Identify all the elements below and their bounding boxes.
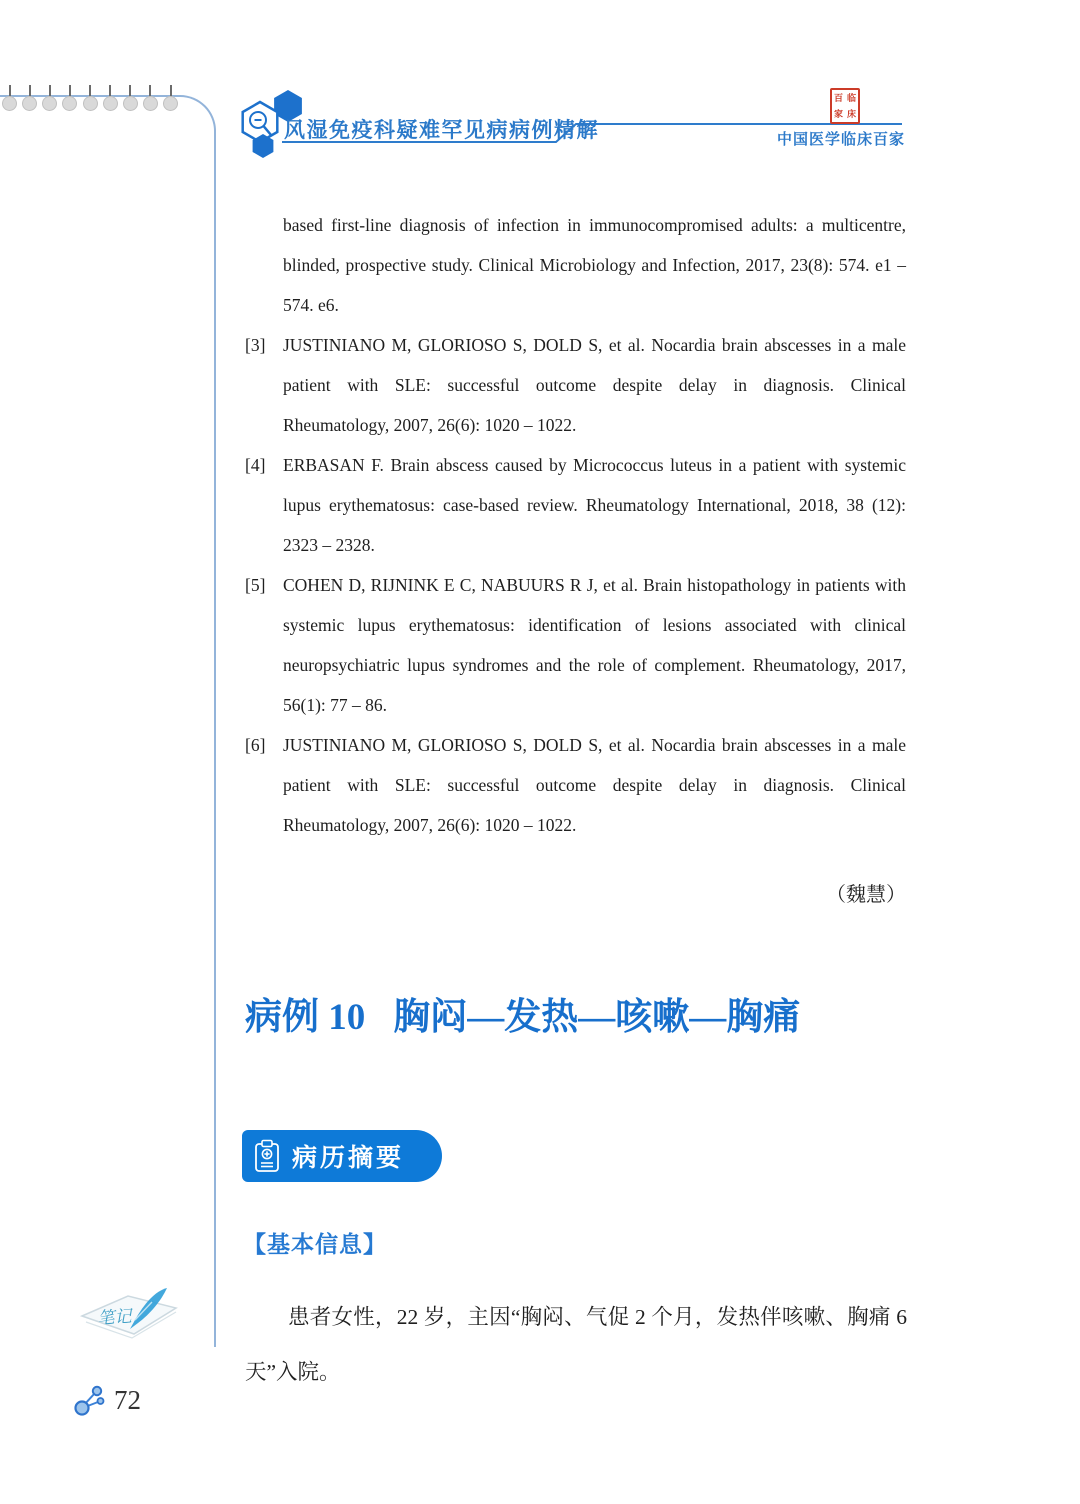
reference-number: [3] (245, 325, 265, 365)
publisher-seal-icon: 百 临 家 床 (830, 88, 860, 124)
reference-text: based first-line diagnosis of infection … (283, 215, 906, 315)
clipboard-icon (254, 1139, 280, 1173)
page-number: 72 (114, 1385, 141, 1416)
footer: 72 (72, 1382, 141, 1418)
reference-text: COHEN D, RIJNINK E C, NABUURS R J, et al… (283, 575, 906, 715)
binding-pin (62, 85, 77, 111)
svg-text:笔记: 笔记 (97, 1307, 134, 1328)
page-frame-rule (0, 95, 216, 1347)
binding-pin (143, 85, 158, 111)
seal-char: 临 (847, 93, 856, 103)
reference-text: JUSTINIANO M, GLORIOSO S, DOLD S, et al.… (283, 335, 906, 435)
notes-quill-watermark-icon: 笔记 (72, 1282, 188, 1358)
book-page: 风湿免疫科疑难罕见病病例精解 百 临 家 床 中国医学临床百家 based fi… (0, 0, 1080, 1504)
seal-char: 床 (847, 109, 856, 119)
seal-char: 百 (834, 93, 843, 103)
binding-pin (83, 85, 98, 111)
reference-number: [4] (245, 445, 265, 485)
seal-char: 家 (834, 109, 843, 119)
binding-pin (103, 85, 118, 111)
section-basic-info: 【基本信息】 (243, 1226, 387, 1259)
reference-text: JUSTINIANO M, GLORIOSO S, DOLD S, et al.… (283, 735, 906, 835)
binding-pin (2, 85, 17, 111)
reference-item: [3] JUSTINIANO M, GLORIOSO S, DOLD S, et… (245, 325, 906, 445)
binding-pins (2, 85, 178, 111)
chapter-author: （魏慧） (245, 878, 906, 907)
reference-item: based first-line diagnosis of infection … (245, 205, 906, 325)
reference-item: [4] ERBASAN F. Brain abscess caused by M… (245, 445, 906, 565)
reference-text: ERBASAN F. Brain abscess caused by Micro… (283, 455, 906, 555)
case-number: 病例 10 (245, 997, 365, 1038)
publisher-name: 中国医学临床百家 (760, 128, 905, 149)
binding-pin (163, 85, 178, 111)
case-body-text: 患者女性，22 岁，主因“胸闷、气促 2 个月，发热伴咳嗽、胸痛 6 天”入院。 (245, 1290, 907, 1400)
book-title: 风湿免疫科疑难罕见病病例精解 (284, 114, 704, 144)
reference-number: [5] (245, 565, 265, 605)
badge-label: 病历摘要 (292, 1138, 404, 1174)
case-summary-badge: 病历摘要 (242, 1130, 442, 1182)
binding-pin (22, 85, 37, 111)
reference-number: [6] (245, 725, 265, 765)
reference-item: [6] JUSTINIANO M, GLORIOSO S, DOLD S, et… (245, 725, 906, 845)
molecule-icon (72, 1382, 108, 1418)
case-heading: 病例 10胸闷—发热—咳嗽—胸痛 (245, 986, 945, 1040)
case-title-text: 胸闷—发热—咳嗽—胸痛 (393, 997, 800, 1038)
binding-pin (123, 85, 138, 111)
binding-pin (42, 85, 57, 111)
reference-item: [5] COHEN D, RIJNINK E C, NABUURS R J, e… (245, 565, 906, 725)
references-list: based first-line diagnosis of infection … (245, 205, 906, 845)
